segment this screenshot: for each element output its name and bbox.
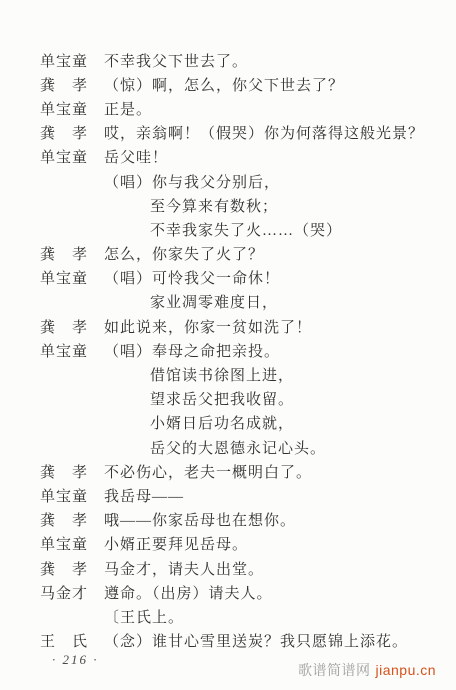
speaker-name: 龚 孝 xyxy=(40,461,86,482)
line-text: 小婿正要拜见岳母。 xyxy=(104,533,248,554)
script-line: 家业凋零难度日， xyxy=(40,290,448,314)
script-line: 小婿日后功名成就， xyxy=(40,411,448,435)
script-line: 龚 孝马金才，请夫人出堂。 xyxy=(40,556,448,580)
speaker-name: 单宝童 xyxy=(40,98,86,119)
script-line: 单宝童岳父哇！ xyxy=(40,145,448,169)
speaker-name: 龚 孝 xyxy=(40,316,86,337)
line-text: （唱）可怜我父一命休！ xyxy=(104,267,280,288)
line-text: 岳父哇！ xyxy=(104,146,168,167)
line-text: （唱）奉母之命把亲投。 xyxy=(104,340,280,361)
line-text: 哎，亲翁啊！（假哭）你为何落得这般光景？ xyxy=(104,122,424,143)
line-text: 小婿日后功名成就， xyxy=(150,412,294,433)
script-line: （唱）你与我父分别后， xyxy=(40,169,448,193)
line-text: 至今算来有数秋； xyxy=(150,195,278,216)
line-text: 岳父的大恩德永记心头。 xyxy=(150,437,326,458)
speaker-name: 龚 孝 xyxy=(40,558,86,579)
script-line: 龚 孝怎么，你家失了火了？ xyxy=(40,242,448,266)
line-text: （惊）啊，怎么，你父下世去了？ xyxy=(104,74,344,95)
line-text: （唱）你与我父分别后， xyxy=(104,171,280,192)
line-text: 如此说来，你家一贫如洗了！ xyxy=(104,316,312,337)
line-text: 马金才，请夫人出堂。 xyxy=(104,558,264,579)
speaker-name: 单宝童 xyxy=(40,533,86,554)
line-text: 〔王氏上。 xyxy=(104,606,184,627)
line-text: （念）谁甘心雪里送炭？我只愿锦上添花。 xyxy=(104,630,408,651)
watermark-site-url: jianpu.cn xyxy=(376,662,437,678)
line-text: 不幸我家失了火……（哭） xyxy=(150,219,342,240)
script-line: 借馆读书徐图上进， xyxy=(40,362,448,386)
script-line: 单宝童（唱）奉母之命把亲投。 xyxy=(40,338,448,362)
speaker-name: 龚 孝 xyxy=(40,122,86,143)
line-text: 怎么，你家失了火了？ xyxy=(104,243,264,264)
line-text: 望求岳父把我收留。 xyxy=(150,388,294,409)
speaker-name: 龚 孝 xyxy=(40,509,86,530)
page-number: · 216 · xyxy=(52,652,99,668)
script-line: 龚 孝如此说来，你家一贫如洗了！ xyxy=(40,314,448,338)
script-line: 单宝童不幸我父下世去了。 xyxy=(40,48,448,72)
script-line: 单宝童（唱）可怜我父一命休！ xyxy=(40,266,448,290)
script-line: 不幸我家失了火……（哭） xyxy=(40,217,448,241)
watermark: 歌谱简谱网jianpu.cn xyxy=(298,660,436,680)
speaker-name: 龚 孝 xyxy=(40,74,86,95)
line-text: 不必伤心，老夫一概明白了。 xyxy=(104,461,312,482)
script-line: 龚 孝（惊）啊，怎么，你父下世去了？ xyxy=(40,72,448,96)
line-text: 借馆读书徐图上进， xyxy=(150,364,294,385)
line-text: 哦——你家岳母也在想你。 xyxy=(104,509,296,530)
script-line: 岳父的大恩德永记心头。 xyxy=(40,435,448,459)
speaker-name: 王 氏 xyxy=(40,630,86,651)
speaker-name: 单宝童 xyxy=(40,340,86,361)
line-text: 不幸我父下世去了。 xyxy=(104,50,248,71)
watermark-site-name: 歌谱简谱网 xyxy=(298,662,371,678)
script-line: 单宝童小婿正要拜见岳母。 xyxy=(40,532,448,556)
speaker-name: 单宝童 xyxy=(40,267,86,288)
script-line: 单宝童正是。 xyxy=(40,96,448,120)
line-text: 遵命。（出房）请夫人。 xyxy=(104,582,273,603)
script-line: 至今算来有数秋； xyxy=(40,193,448,217)
line-text: 家业凋零难度日， xyxy=(150,291,278,312)
script-line: 龚 孝不必伤心，老夫一概明白了。 xyxy=(40,459,448,483)
script-line: 单宝童我岳母—— xyxy=(40,483,448,507)
speaker-name: 龚 孝 xyxy=(40,243,86,264)
speaker-name: 单宝童 xyxy=(40,50,86,71)
scanned-script-page: 单宝童不幸我父下世去了。龚 孝（惊）啊，怎么，你父下世去了？单宝童正是。龚 孝哎… xyxy=(0,0,456,690)
line-text: 我岳母—— xyxy=(104,485,184,506)
speaker-name: 单宝童 xyxy=(40,146,86,167)
line-text: 正是。 xyxy=(104,98,152,119)
script-line: 龚 孝哎，亲翁啊！（假哭）你为何落得这般光景？ xyxy=(40,121,448,145)
script-line: 望求岳父把我收留。 xyxy=(40,387,448,411)
script-line: 王 氏（念）谁甘心雪里送炭？我只愿锦上添花。 xyxy=(40,629,448,653)
speaker-name: 单宝童 xyxy=(40,485,86,506)
script-body: 单宝童不幸我父下世去了。龚 孝（惊）啊，怎么，你父下世去了？单宝童正是。龚 孝哎… xyxy=(40,48,448,653)
script-line: 马金才遵命。（出房）请夫人。 xyxy=(40,580,448,604)
speaker-name: 马金才 xyxy=(40,582,86,603)
script-line: 龚 孝哦——你家岳母也在想你。 xyxy=(40,508,448,532)
script-line: 〔王氏上。 xyxy=(40,604,448,628)
